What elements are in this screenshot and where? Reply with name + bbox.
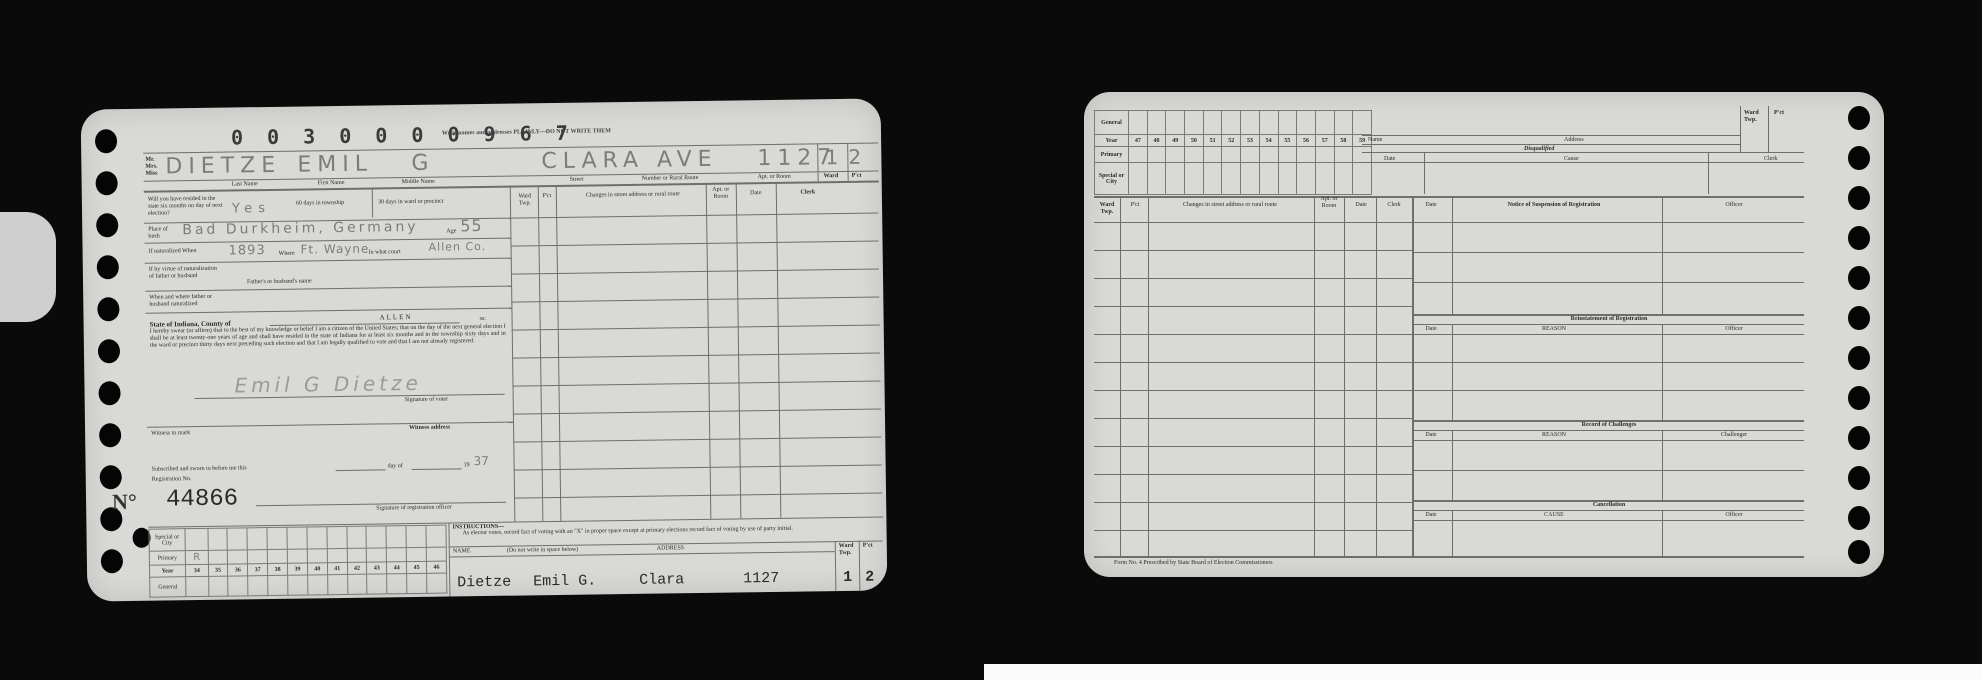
col-ward-twp: Ward Twp. bbox=[1096, 202, 1118, 216]
label-last-name: Last Name bbox=[232, 181, 258, 188]
reinstatement-date-label: Date bbox=[1416, 326, 1446, 333]
name-label: Name bbox=[1368, 137, 1382, 144]
punch-hole bbox=[1848, 466, 1870, 490]
ss-label: ss: bbox=[480, 316, 486, 323]
typed-first-name: Emil G. bbox=[533, 572, 596, 590]
year-cell: 38 bbox=[268, 563, 288, 575]
col-changes: Changes in street address or rural route bbox=[1150, 202, 1310, 209]
year-prefix: 19 bbox=[464, 462, 470, 469]
year-cell: 57 bbox=[1315, 135, 1334, 147]
residency-answer: Yes bbox=[232, 201, 271, 217]
handwritten-last-name: DIETZE bbox=[165, 153, 281, 180]
punch-hole bbox=[1848, 266, 1870, 290]
father-naturalization-label: If by virtue of naturalization of father… bbox=[149, 266, 219, 281]
label-ward: Ward bbox=[824, 173, 839, 180]
year-cell: 50 bbox=[1185, 135, 1204, 147]
punch-hole bbox=[1848, 306, 1870, 330]
col-clerk: Clerk bbox=[1378, 202, 1410, 209]
year-cell: 54 bbox=[1259, 135, 1278, 147]
col-date: Date bbox=[738, 190, 774, 198]
cancellation-date-label: Date bbox=[1416, 512, 1446, 519]
scan-margin bbox=[984, 664, 1982, 680]
col-pct: P'ct bbox=[540, 193, 554, 200]
handwritten-middle-name: G bbox=[411, 151, 434, 176]
year-cell: 35 bbox=[208, 564, 228, 576]
number-symbol: N° bbox=[112, 489, 137, 515]
year-cell: 46 bbox=[426, 561, 446, 573]
voter-signature: Emil G Dietze bbox=[234, 371, 422, 398]
typed-street: Clara bbox=[639, 571, 684, 589]
county-value: ALLEN bbox=[379, 313, 412, 321]
challenges-date-label: Date bbox=[1416, 432, 1446, 439]
punch-hole bbox=[98, 381, 120, 405]
row-label-general: General bbox=[1095, 111, 1129, 135]
handwritten-ward-pct: 1 2 bbox=[825, 145, 863, 170]
voting-record-grid-continued: General Year 47 48 49 50 51 52 53 54 55 … bbox=[1094, 110, 1372, 195]
row-label-year: Year bbox=[1095, 135, 1129, 147]
naturalized-label: If naturalized When bbox=[149, 248, 223, 256]
label-street: Street bbox=[570, 177, 584, 184]
typed-ward: 1 bbox=[843, 569, 852, 586]
row-label-special: Special or City bbox=[149, 529, 185, 552]
punch-hole bbox=[1848, 426, 1870, 450]
age-value: 55 bbox=[460, 216, 483, 235]
cancellation-officer-label: Officer bbox=[1664, 512, 1804, 519]
col-ward-twp: Ward Twp. bbox=[514, 193, 536, 207]
label-apt: Apt. or Room bbox=[758, 174, 791, 181]
subscribed-label: Subscribed and sworn to before me this bbox=[152, 465, 247, 473]
punch-hole bbox=[1848, 386, 1870, 410]
adjacent-card-edge bbox=[0, 212, 56, 322]
reinstatement-reason-label: REASON bbox=[1454, 326, 1654, 333]
punch-hole bbox=[98, 339, 120, 363]
where-label: Where bbox=[279, 251, 295, 258]
handwritten-first-name: EMIL bbox=[297, 152, 373, 178]
col-apt: Apt. or Room bbox=[708, 186, 734, 200]
year-cell: 36 bbox=[228, 564, 248, 576]
year-cell: 55 bbox=[1278, 135, 1297, 147]
punch-hole bbox=[1848, 540, 1870, 564]
reinstatement-title: Reinstatement of Registration bbox=[1414, 316, 1804, 323]
footer-name-label: NAME bbox=[453, 548, 471, 555]
suspension-title: Notice of Suspension of Registration bbox=[1454, 202, 1654, 209]
witness-address-label: Witness address bbox=[409, 424, 450, 432]
cancellation-cause-label: CAUSE bbox=[1454, 512, 1654, 519]
year-cell: 43 bbox=[367, 562, 387, 574]
punch-hole bbox=[1848, 346, 1870, 370]
year-cell: 53 bbox=[1241, 135, 1260, 147]
year-suffix: 37 bbox=[473, 454, 488, 468]
typed-number: 1127 bbox=[743, 570, 779, 588]
day-of-label: day of bbox=[388, 463, 403, 470]
label-middle-name: Middle Name bbox=[402, 179, 435, 186]
witness-label: Witness to mark bbox=[151, 430, 190, 438]
row-label-special: Special or City bbox=[1095, 163, 1129, 195]
label-first-name: First Name bbox=[318, 180, 345, 187]
col-date: Date bbox=[1346, 202, 1376, 209]
residency-question-ward: 30 days in ward or precinct bbox=[378, 198, 448, 206]
footer-do-not-write: (Do not write in space below) bbox=[507, 547, 579, 555]
label-pct: P'ct bbox=[852, 173, 862, 180]
where-value: Ft. Wayne bbox=[300, 242, 369, 257]
footer-pct-label: P'ct bbox=[863, 543, 873, 550]
age-label: Age bbox=[446, 228, 456, 235]
footer-ward-label: Ward Twp. bbox=[839, 543, 857, 557]
officer-signature-label: Signature of registration officer bbox=[376, 504, 452, 512]
top-pct-label: P'ct bbox=[1774, 110, 1784, 117]
row-label-primary: Primary bbox=[1095, 147, 1129, 163]
punch-hole bbox=[97, 297, 119, 321]
typed-last-name: Dietze bbox=[457, 574, 511, 592]
handwritten-street: CLARA AVE bbox=[541, 147, 718, 174]
registration-number: 44866 bbox=[166, 485, 238, 513]
challenges-reason-label: REASON bbox=[1454, 432, 1654, 439]
col-pct: P'ct bbox=[1122, 202, 1148, 209]
challenges-title: Record of Challenges bbox=[1414, 422, 1804, 429]
naturalized-when: 1893 bbox=[228, 243, 265, 259]
punch-hole bbox=[101, 549, 123, 573]
year-cell: 58 bbox=[1334, 135, 1353, 147]
father-name-label: Father's or husband's name bbox=[247, 278, 312, 286]
punch-hole bbox=[95, 129, 117, 153]
year-cell: 34 bbox=[185, 564, 208, 576]
instructions-text: As elector votes, record fact of voting … bbox=[463, 524, 881, 537]
year-cell: 45 bbox=[407, 561, 427, 573]
form-footer: Form No. 4 Prescribed by State Board of … bbox=[1114, 560, 1273, 567]
punch-hole bbox=[1848, 106, 1870, 130]
year-cell: 52 bbox=[1222, 135, 1241, 147]
punch-hole bbox=[96, 213, 118, 237]
residency-question-township: 60 days in township bbox=[296, 200, 356, 208]
voter-signature-label: Signature of voter bbox=[405, 397, 448, 405]
col-changes: Changes in street address or rural route bbox=[558, 191, 708, 200]
punch-hole bbox=[97, 255, 119, 279]
place-of-birth-value: Bad Durkheim, Germany bbox=[182, 219, 419, 238]
salutation-prefix: Mr. Mrs. Miss bbox=[145, 157, 157, 178]
year-cell: 48 bbox=[1147, 135, 1166, 147]
year-cell: 42 bbox=[347, 562, 367, 574]
place-of-birth-label: Place of birth bbox=[148, 226, 178, 240]
top-ward-label: Ward Twp. bbox=[1744, 110, 1762, 124]
suspension-officer-label: Officer bbox=[1664, 202, 1804, 209]
punch-hole bbox=[99, 423, 121, 447]
punch-hole bbox=[95, 171, 117, 195]
suspension-date-label: Date bbox=[1416, 202, 1446, 209]
row-label-primary: Primary bbox=[149, 551, 185, 566]
court-value: Allen Co. bbox=[428, 240, 486, 254]
year-cell: 37 bbox=[248, 564, 268, 576]
voting-record-grid: Special or City Primary R Year 34 35 36 … bbox=[148, 525, 447, 598]
year-cell: 49 bbox=[1166, 135, 1185, 147]
col-apt: Apt. or Room bbox=[1314, 196, 1344, 210]
col-clerk: Clerk bbox=[778, 189, 838, 197]
punch-hole bbox=[1848, 146, 1870, 170]
father-when-label: When and where father or husband natural… bbox=[149, 294, 229, 309]
reinstatement-officer-label: Officer bbox=[1664, 326, 1804, 333]
punch-hole bbox=[100, 465, 122, 489]
court-label: In what court bbox=[369, 249, 401, 256]
punch-hole bbox=[1848, 226, 1870, 250]
primary-mark: R bbox=[185, 550, 208, 564]
registration-card-front: 0 0 3 0 0 0 0 9 6 7 Write names and addr… bbox=[81, 98, 888, 601]
row-label-general: General bbox=[150, 577, 186, 598]
punch-hole bbox=[1848, 506, 1870, 530]
year-cell: 39 bbox=[287, 563, 307, 575]
year-cell: 47 bbox=[1129, 135, 1148, 147]
label-number: Number or Rural Route bbox=[642, 175, 699, 183]
row-label-year: Year bbox=[149, 565, 185, 578]
address-label: Address bbox=[1564, 137, 1584, 144]
year-cell: 40 bbox=[307, 563, 327, 575]
footer-address-label: ADDRESS bbox=[657, 545, 684, 552]
residency-question-state: Will you have resided in the state six m… bbox=[148, 196, 224, 218]
year-cell: 51 bbox=[1203, 135, 1222, 147]
registration-card-back: General Year 47 48 49 50 51 52 53 54 55 … bbox=[1084, 92, 1884, 577]
year-cell: 56 bbox=[1297, 135, 1316, 147]
typed-pct: 2 bbox=[865, 569, 874, 586]
challenges-challenger-label: Challenger bbox=[1664, 432, 1804, 439]
oath-text: I hereby swear (or affirm) that to the b… bbox=[150, 324, 506, 350]
registration-no-label: Registration No. bbox=[152, 476, 192, 484]
year-cell: 44 bbox=[387, 562, 407, 574]
year-cell: 41 bbox=[327, 562, 347, 574]
punch-hole bbox=[1848, 186, 1870, 210]
cancellation-title: Cancellation bbox=[1414, 502, 1804, 509]
